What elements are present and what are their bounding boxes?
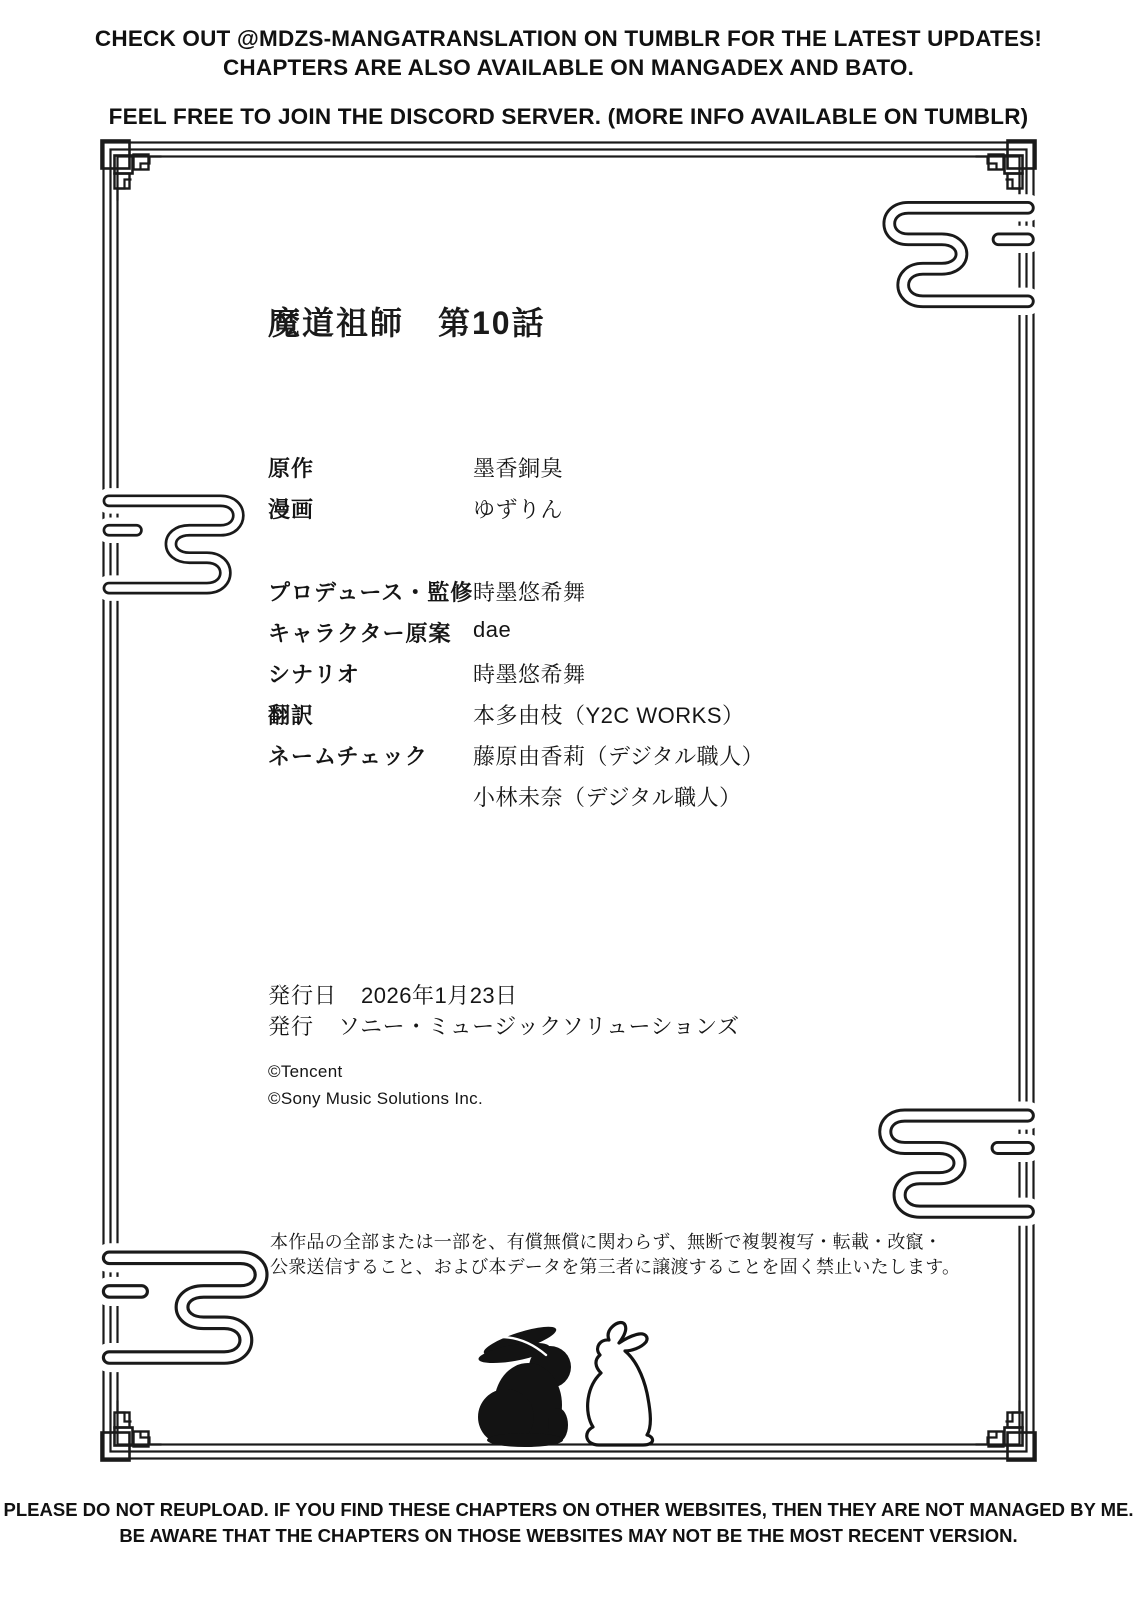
credit-row: ネームチェック 藤原由香莉（デジタル職人） xyxy=(268,740,764,781)
copyright-lines: ©Tencent ©Sony Music Solutions Inc. xyxy=(268,1058,483,1112)
publication-value: 2026年1月23日 xyxy=(361,980,518,1011)
credit-value: 小林未奈（デジタル職人） xyxy=(473,781,742,812)
credit-row: 翻訳 本多由枝（Y2C WORKS） xyxy=(268,699,764,740)
credit-label: キャラクター原案 xyxy=(268,617,473,648)
reupload-warning: PLEASE DO NOT REUPLOAD. IF YOU FIND THES… xyxy=(0,1497,1137,1549)
warning-line-2: BE AWARE THAT THE CHAPTERS ON THOSE WEBS… xyxy=(0,1523,1137,1549)
credit-row: プロデュース・監修 時墨悠希舞 xyxy=(268,576,764,617)
cloud-motif-left-middle xyxy=(109,501,238,588)
copyright-line: ©Tencent xyxy=(268,1058,483,1085)
credits-list: 原作 墨香銅臭 漫画 ゆずりん プロデュース・監修 時墨悠希舞 キャラクター原案… xyxy=(268,452,764,822)
disclaimer-line: 本作品の全部または一部を、有償無償に関わらず、無断で複製複写・転載・改竄・ xyxy=(270,1230,960,1255)
credit-value: 時墨悠希舞 xyxy=(473,658,586,689)
credit-value: dae xyxy=(473,617,511,643)
publication-info: 発行日 2026年1月23日 発行 ソニー・ミュージックソリューションズ xyxy=(268,980,740,1042)
credit-label: 翻訳 xyxy=(268,699,473,730)
credit-row: 小林未奈（デジタル職人） xyxy=(268,781,764,822)
credit-row: シナリオ 時墨悠希舞 xyxy=(268,658,764,699)
copyright-line: ©Sony Music Solutions Inc. xyxy=(268,1085,483,1112)
credit-label: ネームチェック xyxy=(268,740,473,771)
disclaimer-line: 公衆送信すること、および本データを第三者に譲渡することを固く禁止いたします。 xyxy=(270,1255,960,1280)
cloud-motif-bottom-left xyxy=(109,1258,261,1358)
credit-label: 原作 xyxy=(268,452,473,483)
cloud-motif-top-right xyxy=(889,208,1028,301)
publication-row: 発行 ソニー・ミュージックソリューションズ xyxy=(268,1011,740,1042)
credit-label: 漫画 xyxy=(268,493,473,524)
credit-row: キャラクター原案 dae xyxy=(268,617,764,658)
white-rabbit-icon xyxy=(587,1323,653,1445)
credit-value: 本多由枝（Y2C WORKS） xyxy=(473,699,745,730)
credit-label: プロデュース・監修 xyxy=(268,576,473,607)
credit-value: 時墨悠希舞 xyxy=(473,576,586,607)
credit-value: 墨香銅臭 xyxy=(473,452,563,483)
publication-value: ソニー・ミュージックソリューションズ xyxy=(338,1011,739,1042)
publication-label: 発行日 xyxy=(268,980,337,1011)
credit-value: ゆずりん xyxy=(473,493,563,524)
manga-credits-page: CHECK OUT @MDZS-MANGATRANSLATION ON TUMB… xyxy=(0,0,1137,1605)
credit-label: シナリオ xyxy=(268,658,473,689)
publication-row: 発行日 2026年1月23日 xyxy=(268,980,740,1011)
publication-label: 発行 xyxy=(268,1011,314,1042)
warning-line-1: PLEASE DO NOT REUPLOAD. IF YOU FIND THES… xyxy=(0,1497,1137,1523)
credit-value: 藤原由香莉（デジタル職人） xyxy=(473,740,764,771)
rights-disclaimer: 本作品の全部または一部を、有償無償に関わらず、無断で複製複写・転載・改竄・ 公衆… xyxy=(270,1230,960,1280)
black-rabbit-icon xyxy=(477,1321,571,1447)
page-title: 魔道祖師 第10話 xyxy=(268,298,546,344)
credit-row: 原作 墨香銅臭 xyxy=(268,452,764,493)
cloud-motif-bottom-right xyxy=(885,1116,1028,1212)
credit-row: 漫画 ゆずりん xyxy=(268,493,764,534)
